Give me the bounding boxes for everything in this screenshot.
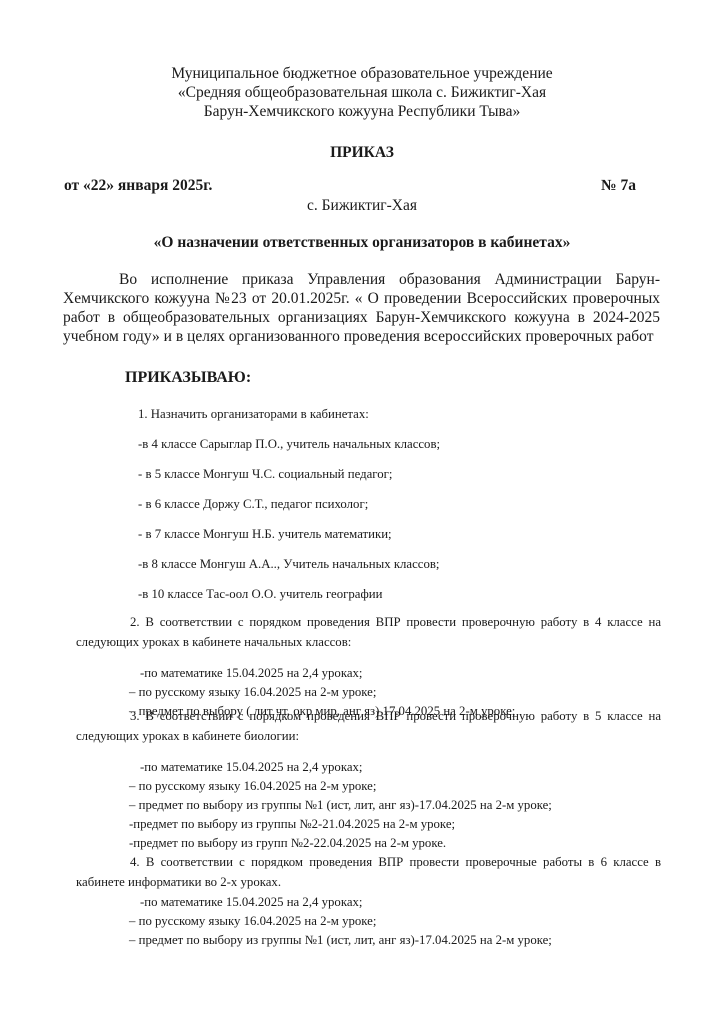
document-number: № 7а — [601, 177, 636, 195]
document-subject: «О назначении ответственных организаторо… — [0, 234, 724, 252]
document-type: ПРИКАЗ — [0, 144, 724, 162]
schedule-item: – по русскому языку 16.04.2025 на 2-м ур… — [129, 684, 376, 700]
item2-text: 2. В соответствии с порядком проведения … — [76, 612, 661, 652]
schedule-item: – по русскому языку 16.04.2025 на 2-м ур… — [129, 913, 376, 929]
item2-paragraph: 2. В соответствии с порядком проведения … — [76, 612, 661, 652]
schedule-item: – предмет по выбору из группы №1 (ист, л… — [129, 932, 552, 948]
intro-text: Во исполнение приказа Управления образов… — [63, 270, 660, 346]
assignment-item: - в 6 классе Доржу С.Т., педагог психоло… — [138, 496, 368, 512]
schedule-item: -предмет по выбору из групп №2-22.04.202… — [129, 835, 446, 851]
assignment-item: -в 4 классе Сарыглар П.О., учитель начал… — [138, 436, 440, 452]
item4-paragraph: 4. В соответствии с порядком проведения … — [76, 852, 661, 892]
assignment-item: - в 7 классе Монгуш Н.Б. учитель математ… — [138, 526, 392, 542]
assignment-item: -в 8 классе Монгуш А.А.., Учитель началь… — [138, 556, 439, 572]
order-word: ПРИКАЗЫВАЮ: — [125, 369, 251, 387]
schedule-item: -предмет по выбору из группы №2-21.04.20… — [129, 816, 455, 832]
org-line: «Средняя общеобразовательная школа с. Би… — [0, 83, 724, 102]
schedule-item: – предмет по выбору из группы №1 (ист, л… — [129, 797, 552, 813]
organization-header: Муниципальное бюджетное образовательное … — [0, 64, 724, 121]
document-page: Муниципальное бюджетное образовательное … — [0, 0, 724, 1024]
item1-title: 1. Назначить организаторами в кабинетах: — [138, 406, 369, 422]
schedule-item: -по математике 15.04.2025 на 2,4 уроках; — [140, 894, 362, 910]
schedule-item: – по русскому языку 16.04.2025 на 2-м ур… — [129, 778, 376, 794]
item4-text: 4. В соответствии с порядком проведения … — [76, 852, 661, 892]
item3-paragraph: 3. В соответствии с порядком проведения … — [76, 706, 661, 746]
schedule-item: -по математике 15.04.2025 на 2,4 уроках; — [140, 759, 362, 775]
document-place: с. Бижиктиг-Хая — [0, 197, 724, 215]
org-line: Барун-Хемчикского кожууна Республики Тыв… — [0, 102, 724, 121]
document-date: от «22» января 2025г. — [64, 177, 212, 195]
schedule-item: -по математике 15.04.2025 на 2,4 уроках; — [140, 665, 362, 681]
intro-paragraph: Во исполнение приказа Управления образов… — [63, 270, 660, 346]
assignment-item: - в 5 классе Монгуш Ч.С. социальный педа… — [138, 466, 392, 482]
org-line: Муниципальное бюджетное образовательное … — [0, 64, 724, 83]
assignment-item: -в 10 классе Тас-оол О.О. учитель геогра… — [138, 586, 382, 602]
item3-text: 3. В соответствии с порядком проведения … — [76, 706, 661, 746]
